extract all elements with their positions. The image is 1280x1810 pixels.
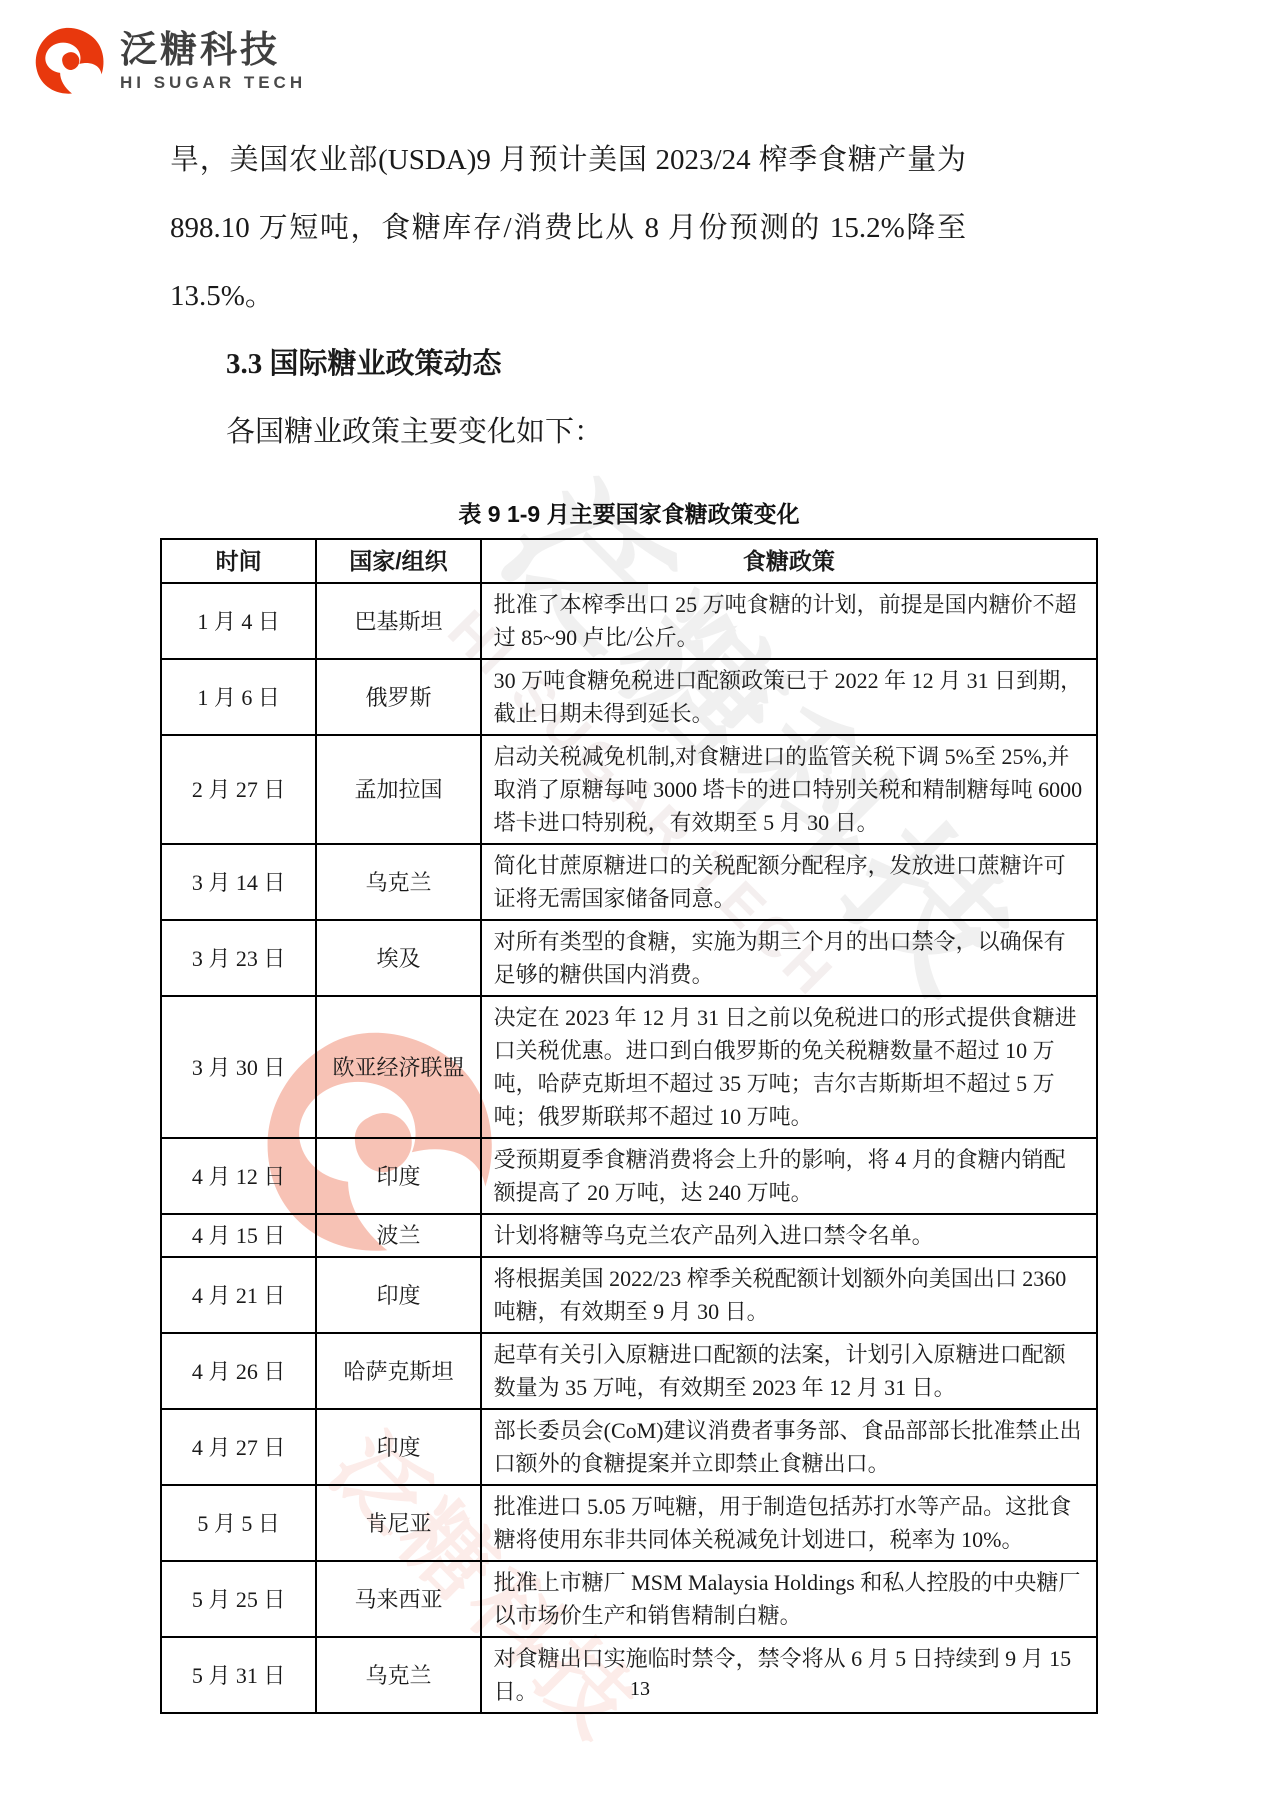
policy-cell: 计划将糖等乌克兰农产品列入进口禁令名单。 (481, 1214, 1097, 1257)
country-cell: 肯尼亚 (316, 1485, 480, 1561)
policy-cell: 简化甘蔗原糖进口的关税配额分配程序，发放进口蔗糖许可证将无需国家储备同意。 (481, 844, 1097, 920)
country-cell: 马来西亚 (316, 1561, 480, 1637)
policy-cell: 启动关税减免机制,对食糖进口的监管关税下调 5%至 25%,并取消了原糖每吨 3… (481, 735, 1097, 844)
date-cell: 5 月 31 日 (161, 1637, 316, 1713)
body-text-block: 旱，美国农业部(USDA)9 月预计美国 2023/24 榨季食糖产量为 898… (170, 126, 966, 466)
policy-cell: 批准进口 5.05 万吨糖，用于制造包括苏打水等产品。这批食糖将使用东非共同体关… (481, 1485, 1097, 1561)
date-cell: 4 月 26 日 (161, 1333, 316, 1409)
date-cell: 1 月 6 日 (161, 659, 316, 735)
date-cell: 5 月 5 日 (161, 1485, 316, 1561)
policy-cell: 批准上市糖厂 MSM Malaysia Holdings 和私人控股的中央糖厂以… (481, 1561, 1097, 1637)
policy-cell: 对食糖出口实施临时禁令，禁令将从 6 月 5 日持续到 9 月 15 日。 (481, 1637, 1097, 1713)
table-row: 4 月 27 日 印度 部长委员会(CoM)建议消费者事务部、食品部部长批准禁止… (161, 1409, 1097, 1485)
section-heading: 3.3 国际糖业政策动态 (170, 330, 966, 398)
country-cell: 孟加拉国 (316, 735, 480, 844)
country-cell: 印度 (316, 1257, 480, 1333)
date-cell: 4 月 27 日 (161, 1409, 316, 1485)
table-row: 3 月 14 日 乌克兰 简化甘蔗原糖进口的关税配额分配程序，发放进口蔗糖许可证… (161, 844, 1097, 920)
sugar-policy-table: 时间 国家/组织 食糖政策 1 月 4 日 巴基斯坦 批准了本榨季出口 25 万… (160, 538, 1098, 1714)
policy-cell: 批准了本榨季出口 25 万吨食糖的计划，前提是国内糖价不超过 85~90 卢比/… (481, 583, 1097, 659)
country-cell: 欧亚经济联盟 (316, 996, 480, 1138)
table-title: 表 9 1-9 月主要国家食糖政策变化 (160, 496, 1098, 529)
country-cell: 俄罗斯 (316, 659, 480, 735)
date-cell: 2 月 27 日 (161, 735, 316, 844)
table-row: 2 月 27 日 孟加拉国 启动关税减免机制,对食糖进口的监管关税下调 5%至 … (161, 735, 1097, 844)
table-row: 4 月 26 日 哈萨克斯坦 起草有关引入原糖进口配额的法案，计划引入原糖进口配… (161, 1333, 1097, 1409)
table-row: 3 月 30 日 欧亚经济联盟 决定在 2023 年 12 月 31 日之前以免… (161, 996, 1097, 1138)
company-logo: 泛糖科技 HI SUGAR TECH (32, 24, 306, 98)
table-row: 3 月 23 日 埃及 对所有类型的食糖，实施为期三个月的出口禁令，以确保有足够… (161, 920, 1097, 996)
table-row: 4 月 12 日 印度 受预期夏季食糖消费将会上升的影响，将 4 月的食糖内销配… (161, 1138, 1097, 1214)
date-cell: 5 月 25 日 (161, 1561, 316, 1637)
table-row: 4 月 15 日 波兰 计划将糖等乌克兰农产品列入进口禁令名单。 (161, 1214, 1097, 1257)
date-cell: 4 月 21 日 (161, 1257, 316, 1333)
date-cell: 3 月 23 日 (161, 920, 316, 996)
table-row: 1 月 6 日 俄罗斯 30 万吨食糖免税进口配额政策已于 2022 年 12 … (161, 659, 1097, 735)
country-cell: 埃及 (316, 920, 480, 996)
policy-cell: 决定在 2023 年 12 月 31 日之前以免税进口的形式提供食糖进口关税优惠… (481, 996, 1097, 1138)
table-row: 4 月 21 日 印度 将根据美国 2022/23 榨季关税配额计划额外向美国出… (161, 1257, 1097, 1333)
document-page: 泛糖科技 HI SUGAR TECH 泛糖科技 泛糖科技 HI SUGAR TE… (0, 0, 1280, 1810)
table-header-row: 时间 国家/组织 食糖政策 (161, 539, 1097, 583)
logo-text: 泛糖科技 HI SUGAR TECH (120, 31, 306, 92)
country-cell: 印度 (316, 1409, 480, 1485)
country-cell: 乌克兰 (316, 1637, 480, 1713)
column-header-policy: 食糖政策 (481, 539, 1097, 583)
date-cell: 4 月 15 日 (161, 1214, 316, 1257)
logo-swirl-icon (32, 24, 106, 98)
logo-english-name: HI SUGAR TECH (120, 74, 306, 92)
policy-cell: 30 万吨食糖免税进口配额政策已于 2022 年 12 月 31 日到期，截止日… (481, 659, 1097, 735)
policy-cell: 部长委员会(CoM)建议消费者事务部、食品部部长批准禁止出口额外的食糖提案并立即… (481, 1409, 1097, 1485)
date-cell: 3 月 30 日 (161, 996, 316, 1138)
policy-cell: 受预期夏季食糖消费将会上升的影响，将 4 月的食糖内销配额提高了 20 万吨，达… (481, 1138, 1097, 1214)
country-cell: 巴基斯坦 (316, 583, 480, 659)
table-row: 5 月 31 日 乌克兰 对食糖出口实施临时禁令，禁令将从 6 月 5 日持续到… (161, 1637, 1097, 1713)
policy-cell: 将根据美国 2022/23 榨季关税配额计划额外向美国出口 2360 吨糖，有效… (481, 1257, 1097, 1333)
country-cell: 乌克兰 (316, 844, 480, 920)
table-body: 1 月 4 日 巴基斯坦 批准了本榨季出口 25 万吨食糖的计划，前提是国内糖价… (161, 583, 1097, 1713)
date-cell: 1 月 4 日 (161, 583, 316, 659)
lead-in-paragraph: 各国糖业政策主要变化如下： (170, 398, 966, 466)
logo-chinese-name: 泛糖科技 (120, 31, 306, 70)
country-cell: 波兰 (316, 1214, 480, 1257)
country-cell: 印度 (316, 1138, 480, 1214)
column-header-date: 时间 (161, 539, 316, 583)
table-row: 5 月 5 日 肯尼亚 批准进口 5.05 万吨糖，用于制造包括苏打水等产品。这… (161, 1485, 1097, 1561)
column-header-country: 国家/组织 (316, 539, 480, 583)
date-cell: 4 月 12 日 (161, 1138, 316, 1214)
table-row: 5 月 25 日 马来西亚 批准上市糖厂 MSM Malaysia Holdin… (161, 1561, 1097, 1637)
policy-cell: 对所有类型的食糖，实施为期三个月的出口禁令，以确保有足够的糖供国内消费。 (481, 920, 1097, 996)
country-cell: 哈萨克斯坦 (316, 1333, 480, 1409)
table-row: 1 月 4 日 巴基斯坦 批准了本榨季出口 25 万吨食糖的计划，前提是国内糖价… (161, 583, 1097, 659)
body-paragraph: 旱，美国农业部(USDA)9 月预计美国 2023/24 榨季食糖产量为 898… (170, 126, 966, 330)
page-number: 13 (0, 1678, 1280, 1701)
policy-cell: 起草有关引入原糖进口配额的法案，计划引入原糖进口配额数量为 35 万吨，有效期至… (481, 1333, 1097, 1409)
date-cell: 3 月 14 日 (161, 844, 316, 920)
